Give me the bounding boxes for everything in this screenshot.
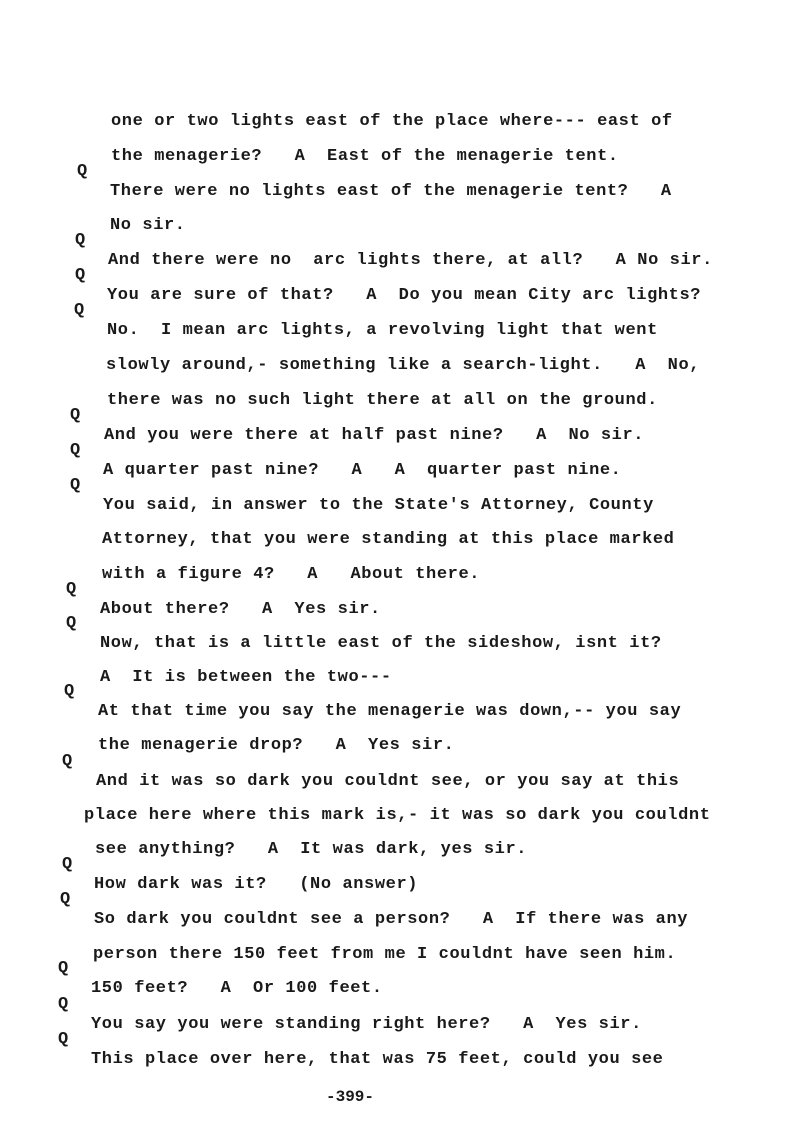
- speaker-marker: Q: [64, 682, 75, 702]
- speaker-marker: Q: [75, 231, 86, 251]
- line-text: there was no such light there at all on …: [107, 391, 658, 411]
- line-text: slowly around,- something like a search-…: [106, 356, 700, 376]
- line-text: How dark was it? (No answer): [94, 875, 418, 895]
- line-text: And you were there at half past nine? A …: [104, 426, 644, 446]
- line-text: Attorney, that you were standing at this…: [102, 530, 675, 550]
- line-text: place here where this mark is,- it was s…: [84, 806, 711, 826]
- line-text: one or two lights east of the place wher…: [111, 112, 673, 132]
- line-text: see anything? A It was dark, yes sir.: [95, 840, 527, 860]
- page-number: -399-: [0, 1088, 700, 1106]
- line-text: 150 feet? A Or 100 feet.: [91, 979, 383, 999]
- line-text: A It is between the two---: [100, 668, 392, 688]
- line-text: There were no lights east of the menager…: [110, 182, 672, 202]
- speaker-marker: Q: [66, 580, 77, 600]
- line-text: No. I mean arc lights, a revolving light…: [107, 321, 658, 341]
- speaker-marker: Q: [70, 476, 81, 496]
- line-text: And there were no arc lights there, at a…: [108, 251, 713, 271]
- line-text: No sir.: [110, 216, 186, 236]
- speaker-marker: Q: [62, 855, 73, 875]
- line-text: You say you were standing right here? A …: [91, 1015, 642, 1035]
- speaker-marker: Q: [60, 890, 71, 910]
- line-text: person there 150 feet from me I couldnt …: [93, 945, 676, 965]
- speaker-marker: Q: [70, 441, 81, 461]
- speaker-marker: Q: [75, 266, 86, 286]
- line-text: with a figure 4? A About there.: [102, 565, 480, 585]
- speaker-marker: Q: [77, 162, 88, 182]
- speaker-marker: Q: [66, 614, 77, 634]
- line-text: the menagerie drop? A Yes sir.: [98, 736, 454, 756]
- line-text: And it was so dark you couldnt see, or y…: [96, 772, 679, 792]
- line-text: At that time you say the menagerie was d…: [98, 702, 681, 722]
- speaker-marker: Q: [58, 959, 69, 979]
- line-text: So dark you couldnt see a person? A If t…: [94, 910, 688, 930]
- line-text: You are sure of that? A Do you mean City…: [107, 286, 701, 306]
- transcript-line: Q This place over here, that was 75 feet…: [0, 1010, 43, 1090]
- line-text: A quarter past nine? A A quarter past ni…: [103, 461, 621, 481]
- speaker-marker: Q: [58, 995, 69, 1015]
- line-text: About there? A Yes sir.: [100, 600, 381, 620]
- speaker-marker: Q: [74, 301, 85, 321]
- line-text: Now, that is a little east of the sidesh…: [100, 634, 662, 654]
- line-text: the menagerie? A East of the menagerie t…: [111, 147, 619, 167]
- line-text: You said, in answer to the State's Attor…: [103, 496, 654, 516]
- transcript-page: one or two lights east of the place wher…: [0, 0, 800, 1122]
- speaker-marker: Q: [58, 1030, 69, 1050]
- speaker-marker: Q: [70, 406, 81, 426]
- speaker-marker: Q: [62, 752, 73, 772]
- line-text: This place over here, that was 75 feet, …: [91, 1050, 664, 1070]
